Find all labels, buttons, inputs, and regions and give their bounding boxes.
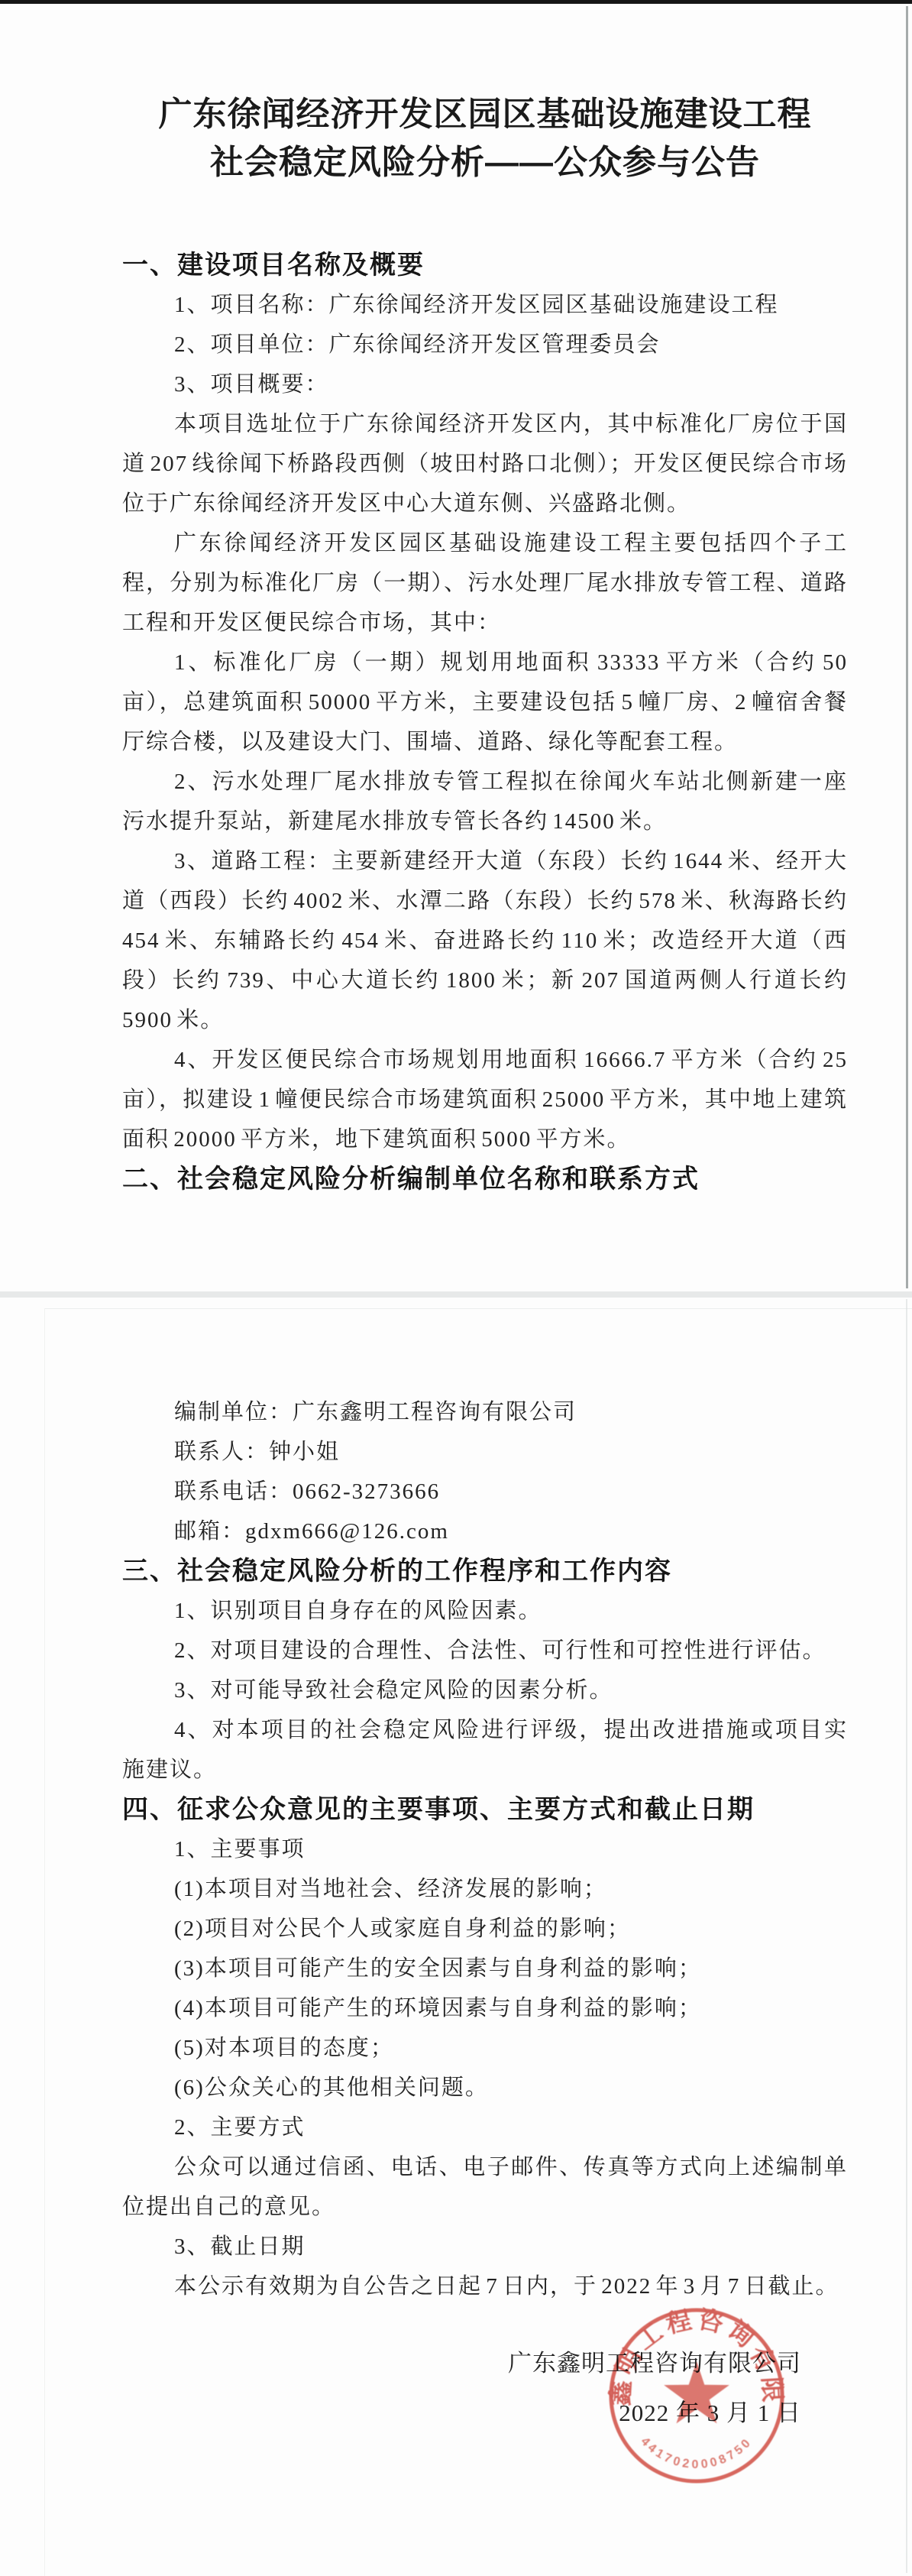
scan-top-edge-artifact xyxy=(0,0,912,4)
page-2: 编制单位：广东鑫明工程咨询有限公司 联系人：钟小姐 联系电话：0662-3273… xyxy=(0,1298,912,2576)
page-1-content: 广东徐闻经济开发区园区基础设施建设工程 社会稳定风险分析——公众参与公告 一、建… xyxy=(122,90,848,1199)
company-seal-stamp: 广东鑫明工程咨询有限公司 4417020008750 xyxy=(605,2304,788,2487)
scanned-announcement-document: 广东徐闻经济开发区园区基础设施建设工程 社会稳定风险分析——公众参与公告 一、建… xyxy=(0,0,912,2576)
section-4-item: (1)本项目对当地社会、经济发展的影响； xyxy=(122,1869,848,1909)
scan-page2-left-border-artifact xyxy=(44,1308,45,2576)
section-1-paragraph: 4、开发区便民综合市场规划用地面积 16666.7 平方米（合约 25 亩），拟… xyxy=(122,1040,848,1159)
section-4-item: 公众可以通过信函、电话、电子邮件、传真等方式向上述编制单位提出自己的意见。 xyxy=(122,2147,848,2227)
section-4-item: 本公示有效期为自公告之日起 7 日内，于 2022 年 3 月 7 日截止。 xyxy=(122,2267,848,2306)
scan-right-edge-artifact-page1 xyxy=(906,6,908,1288)
section-4-item: 1、主要事项 xyxy=(122,1829,848,1869)
section-4-item: (4)本项目可能产生的环境因素与自身利益的影响； xyxy=(122,1988,848,2028)
contact-line-person: 联系人：钟小姐 xyxy=(122,1432,848,1472)
section-2-heading: 二、社会稳定风险分析编制单位名称和联系方式 xyxy=(122,1159,848,1199)
section-1-heading: 一、建设项目名称及概要 xyxy=(122,245,848,285)
page-1: 广东徐闻经济开发区园区基础设施建设工程 社会稳定风险分析——公众参与公告 一、建… xyxy=(0,0,912,1291)
contact-line-email: 邮箱：gdxm666@126.com xyxy=(122,1512,848,1551)
section-4-item: (2)项目对公民个人或家庭自身利益的影响； xyxy=(122,1909,848,1949)
section-3-item: 4、对本项目的社会稳定风险进行评级，提出改进措施或项目实施建议。 xyxy=(122,1710,848,1790)
contact-line-unit: 编制单位：广东鑫明工程咨询有限公司 xyxy=(122,1392,848,1432)
section-3-heading: 三、社会稳定风险分析的工作程序和工作内容 xyxy=(122,1551,848,1591)
scan-right-edge-artifact-page2 xyxy=(906,1299,907,2573)
section-4-item: 2、主要方式 xyxy=(122,2108,848,2147)
section-4-item: 3、截止日期 xyxy=(122,2227,848,2267)
section-4-heading: 四、征求公众意见的主要事项、主要方式和截止日期 xyxy=(122,1790,848,1829)
section-1-paragraph: 2、污水处理厂尾水排放专管工程拟在徐闻火车站北侧新建一座污水提升泵站，新建尾水排… xyxy=(122,762,848,841)
seal-serial-number: 4417020008750 xyxy=(638,2435,755,2471)
document-title: 广东徐闻经济开发区园区基础设施建设工程 社会稳定风险分析——公众参与公告 xyxy=(122,90,848,186)
page-2-content: 编制单位：广东鑫明工程咨询有限公司 联系人：钟小姐 联系电话：0662-3273… xyxy=(122,1392,848,2306)
section-1-paragraph: 3、道路工程：主要新建经开大道（东段）长约 1644 米、经开大道（西段）长约 … xyxy=(122,841,848,1040)
seal-star-icon xyxy=(664,2361,729,2423)
contact-line-phone: 联系电话：0662-3273666 xyxy=(122,1472,848,1512)
section-1-paragraph: 2、项目单位：广东徐闻经济开发区管理委员会 xyxy=(122,325,848,365)
section-1-paragraph: 1、项目名称：广东徐闻经济开发区园区基础设施建设工程 xyxy=(122,285,848,325)
section-3-item: 3、对可能导致社会稳定风险的因素分析。 xyxy=(122,1670,848,1710)
section-4-item: (5)对本项目的态度； xyxy=(122,2028,848,2068)
document-title-line-2: 社会稳定风险分析——公众参与公告 xyxy=(122,138,848,186)
section-3-item: 1、识别项目自身存在的风险因素。 xyxy=(122,1591,848,1631)
section-1-paragraph: 3、项目概要： xyxy=(122,365,848,404)
document-title-line-1: 广东徐闻经济开发区园区基础设施建设工程 xyxy=(122,90,848,138)
section-1-paragraph: 本项目选址位于广东徐闻经济开发区内，其中标准化厂房位于国道 207 线徐闻下桥路… xyxy=(122,404,848,523)
section-4-item: (3)本项目可能产生的安全因素与自身利益的影响； xyxy=(122,1949,848,1988)
section-1-paragraph: 1、标准化厂房（一期）规划用地面积 33333 平方米（合约 50 亩），总建筑… xyxy=(122,643,848,762)
section-4-item: (6)公众关心的其他相关问题。 xyxy=(122,2068,848,2108)
section-1-paragraph: 广东徐闻经济开发区园区基础设施建设工程主要包括四个子工程，分别为标准化厂房（一期… xyxy=(122,523,848,643)
section-3-item: 2、对项目建设的合理性、合法性、可行性和可控性进行评估。 xyxy=(122,1631,848,1670)
scan-page2-top-border-artifact xyxy=(44,1308,912,1309)
page-separator-band xyxy=(0,1291,912,1298)
svg-text:4417020008750: 4417020008750 xyxy=(638,2435,755,2471)
